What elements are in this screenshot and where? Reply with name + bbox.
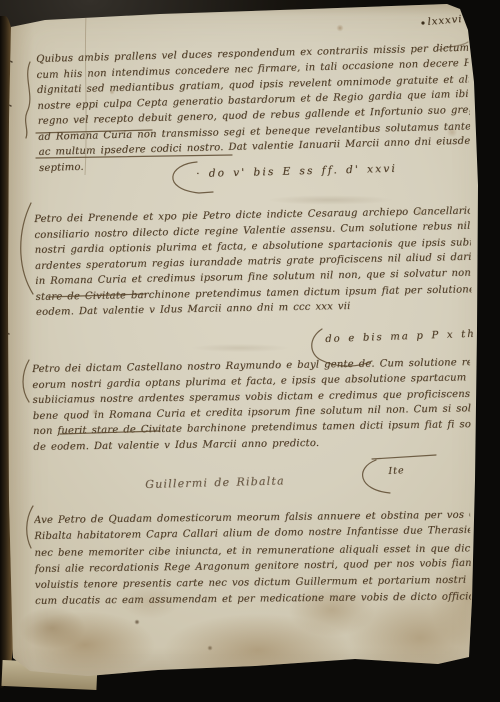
manuscript-line: cum ducatis ac eam assumendam et per med… xyxy=(35,590,471,611)
margin-squiggle-icon xyxy=(26,62,30,138)
manuscript-photo: lxxxvi Quibus ambis prallens vel duces r… xyxy=(0,0,500,702)
paragraph-entry-3: Petro dei dictam Castellano nostro Raymu… xyxy=(32,355,471,455)
manuscript-page: lxxxvi Quibus ambis prallens vel duces r… xyxy=(0,0,500,702)
folio-number: lxxxvi xyxy=(427,12,463,30)
signature-line: Guillermi de Ribalta xyxy=(145,473,285,492)
paragraph-entry-1: Quibus ambis prallens vel duces responde… xyxy=(36,41,471,176)
paren-icon xyxy=(27,506,33,548)
bracket-icon xyxy=(363,460,390,493)
marginal-note-2: do e bis ma p P x th xyxy=(325,327,476,348)
paren-icon xyxy=(21,203,33,294)
bracket-bar-icon xyxy=(372,455,436,459)
folio-dot xyxy=(421,21,424,24)
paragraph-entry-4: Ave Petro de Quadam domesticorum meorum … xyxy=(34,508,471,611)
paragraph-entry-2: Petro dei Prenende et xpo pie Petro dict… xyxy=(34,204,472,321)
paren-icon xyxy=(23,360,29,402)
marginal-note-3: Ite xyxy=(388,463,405,479)
